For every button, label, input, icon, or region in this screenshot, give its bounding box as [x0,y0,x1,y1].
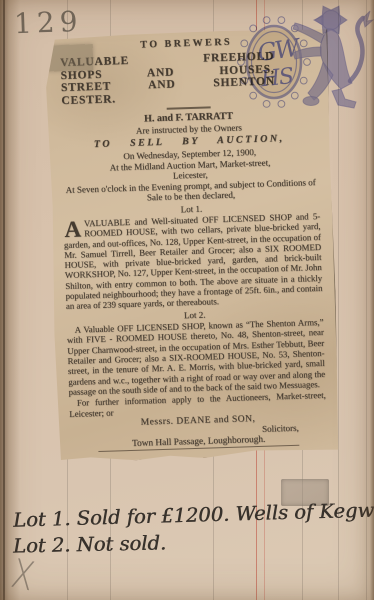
stamp-monogram-bottom: HS [259,64,296,92]
scrapbook-page: 129 TO BREWERS VALUABLE FREEHOLD SHOPS A… [0,0,374,600]
stamp-lion-icon [293,6,373,108]
lot1-paragraph: AVALUABLE and Well-situated OFF LICENSED… [63,211,323,312]
divider-rule [166,106,210,109]
page-number: 129 [13,5,83,40]
lot2-paragraph: A Valuable OFF LICENSED SHOP, known as “… [66,317,325,397]
page-edge-line [3,0,5,600]
lot1-text: VALUABLE and Well-situated OFF LICENSED … [64,211,323,311]
dropcap: A [64,219,81,239]
gwhs-stamp: GW HS [232,0,374,122]
tape-patch [47,44,94,71]
